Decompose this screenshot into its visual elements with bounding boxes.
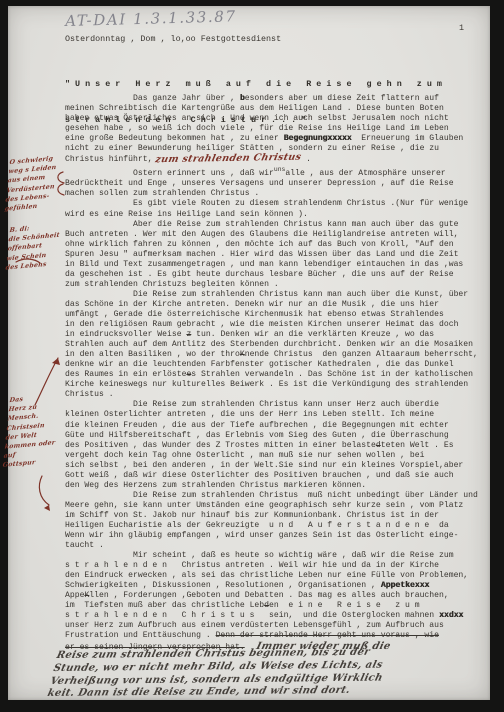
typescript-line: Güte und Hilfsbereitschaft , das Erlebni… (65, 431, 495, 441)
typescript-line: Christus . (65, 390, 495, 400)
typescript-line: Strahlen auch auf dem Antlitz des Sterbe… (65, 340, 495, 350)
archive-code-handwritten: AT-DAI 1.3.1.33.87 (65, 7, 237, 30)
bottom-handwriting: Reise zum strahlenden Christus beginnen,… (46, 645, 495, 701)
typescript-line: Es gibt viele Routen zu diesem strahlend… (65, 199, 495, 209)
typescript-lines: Das ganze Jahr über , besonders aber um … (65, 94, 495, 653)
typescript-line: gesehen habe , so weiß ich doch viele , … (65, 124, 495, 134)
typescript-line: s t r a h l e n d e n C h r i s t u s se… (65, 611, 495, 621)
typescript-line: im Schiff von St. Jakob nur hinauf bis z… (65, 511, 495, 521)
typescript-line: den Weg des Herzens zum strahlenden Chri… (65, 481, 495, 491)
typescript-line: unser Herz zum Aufbruch aus einem verdüs… (65, 621, 495, 631)
typescript-line: machen sollen zum strahlenden Christus . (65, 189, 495, 199)
typescript-line: die kleinen Freuden , die aus der Tiefe … (65, 421, 495, 431)
screenshot-root: { "document": { "archive_code": "AT-DAI … (0, 0, 504, 712)
dateline: Osterdonntag , Dom , lo,oo Festgottesdie… (65, 34, 281, 44)
typescript-line: in Bild und Text zusammengetragen , und … (65, 260, 495, 270)
typescript-line: in den religiösen Raum gebracht , wie di… (65, 320, 495, 330)
typescript-line: Gott weiß , daß wir diese Osterlichter d… (65, 471, 495, 481)
typescript-line: in den alten Basiliken , wo der throKnen… (65, 350, 495, 360)
typescript-line: sich selbst , bei den anderen , in der W… (65, 461, 495, 471)
typescript-line: Bedrücktheit und Enge , unseres Versagen… (65, 179, 495, 189)
typescript-line: Schwierigkeiten , Diskussionen , Resolut… (65, 581, 495, 591)
typescript-line: Meere gehn, sie kann unter Umständen ein… (65, 501, 495, 511)
margin-note-3: Das Herz zu Mensch. Christsein der Welt … (2, 391, 72, 471)
typescript-line: denkne wir an die leuchtenden Farbfenste… (65, 360, 495, 370)
typescript-line: meinen Schreibtisch die Kartengrüße aus … (65, 104, 495, 114)
up-arrow-head (52, 358, 60, 365)
typescript-line: Mir scheint , daß es heute so wichtig wä… (65, 551, 495, 561)
typescript-line: Aber die Reise zum strahlenden Christus … (65, 220, 495, 230)
typescript-line: des Raumes in ein erlöstees Strahlen ver… (65, 370, 495, 380)
typescript-line: Heiligen Eucharistie als der Gekreuzigte… (65, 521, 495, 531)
typescript-line: in eindrucksvoller Weise z tun. Denken w… (65, 330, 495, 340)
typescript-line: vergeht doch kein Tag ohne Osterlicht , … (65, 451, 495, 461)
typescript-line: wird es eine Reise ins Heilige Land sein… (65, 210, 495, 220)
typescript-line: Das ganze Jahr über , besonders aber um … (65, 94, 495, 104)
typescript-line: zum strahlenden Christuzs begleiten könn… (65, 280, 495, 290)
sermon-title-line-1: " U n s e r H e r z m u ß a u f d i e R … (65, 78, 442, 90)
down-hook-arrow-head (44, 505, 50, 511)
typescript-line: des Positiven , das Wunder des Z Trostes… (65, 441, 495, 451)
down-hook-annotation (39, 476, 49, 505)
typescript-line: Buch antreten . Wer mit den Augen des Gl… (65, 230, 495, 240)
typescript-line: Christus hinführt, zum strahlenden Chris… (65, 154, 495, 165)
typescript-line: Spuren Jesu " aufmerksam machen . Hier w… (65, 250, 495, 260)
margin-note-2: B. di: die Schönheit offenbart wie Schei… (5, 221, 72, 273)
typescript-line: eine große Bedeutung bekommen hat , zu e… (65, 134, 495, 144)
typescript-line: s t r a h l e n d e n Christus antreten … (65, 561, 495, 571)
typescript-line: kleinen Osterlichter antreten , die uns … (65, 410, 495, 420)
typescript-line: ohne wirklich fahren zu können , den möc… (65, 240, 495, 250)
typescript-line: den Eindruck erwecken , als sei das chri… (65, 571, 495, 581)
typescript-line: Ostern erinnert uns , daß wirunsalle , a… (65, 165, 495, 179)
typescript-line: Wenn wir ihn gläubig empfangen , wird un… (65, 531, 495, 541)
typescript-line: taucht . (65, 541, 495, 551)
typescript-line: umfängt , Gerade die österreichische Kir… (65, 310, 495, 320)
margin-note-1: O schwierig weg s Leiden aus einem Verdü… (4, 153, 72, 214)
typescript-line: das Schöne in der Kirche antreten. Denek… (65, 300, 495, 310)
typescript-line: AppeKllen , Forderungen ,Geboten und Deb… (65, 591, 495, 601)
typescript-line: Die Reise zum strahlenden Christus kann … (65, 290, 495, 300)
typescript-line: Die Reise zum strahlenden Christus kann … (65, 400, 495, 410)
typescript-line: Die Reise zum strahlenden Christus muß n… (65, 491, 495, 501)
typescript-line: haben etwas Österliches an sich . Und we… (65, 114, 495, 124)
page-number: 1 (459, 23, 464, 33)
document-page: AT-DAI 1.3.1.33.87 1 Osterdonntag , Dom … (8, 6, 490, 700)
typescript-line: Kirche keineswegs nur kulturelles Beiwer… (65, 380, 495, 390)
typescript-line: da geschehen ist . Es gibt heute durchau… (65, 270, 495, 280)
typescript-line: im Tiefsten muß aber das christliche Leb… (65, 601, 495, 611)
